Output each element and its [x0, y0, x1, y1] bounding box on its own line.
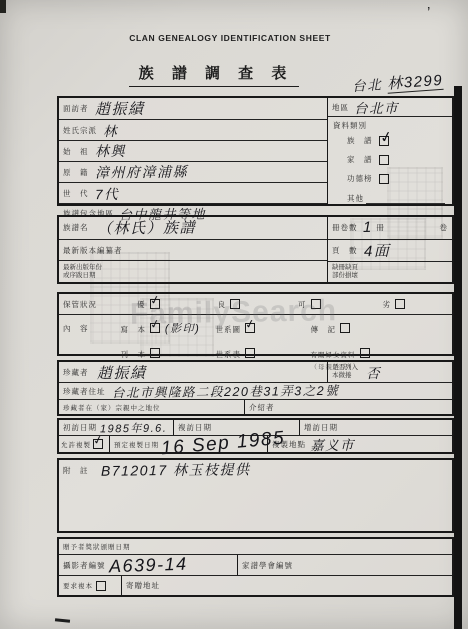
cell-copy-date: 預定複製日期 16 Sep 1985 [109, 436, 267, 452]
option-label: 家 譜 [347, 154, 373, 165]
microfilm-label: 是否列入 本微捲 [332, 364, 358, 380]
catalog-prefix: 台北 [352, 77, 383, 94]
checkbox-jiapu [379, 155, 389, 165]
row-origin: 原 籍 漳州府漳浦縣 [59, 162, 327, 183]
checkbox-zupu [379, 136, 389, 146]
category-option-zupu: 族 譜 [333, 131, 447, 146]
scan-bottom-artifact [55, 618, 70, 623]
option-label: 其他 [347, 193, 364, 204]
holder-address-value: 台北市興隆路二段220巷31弄3之2號 [111, 381, 338, 401]
pen-mark: ’ [427, 4, 430, 21]
first-ancestor-value: 林興 [94, 141, 125, 161]
cell-mail-address: 寄贈地址 [121, 576, 452, 595]
copy-request-label: 要求複本 [63, 581, 93, 590]
category-option-gongdebang: 功德榜 [333, 165, 447, 184]
region-label: 地區 [332, 102, 349, 113]
row-copy-permission: 允許複製 預定複製日期 16 Sep 1985 複製地點 嘉义市 [59, 436, 452, 452]
bottom-table: 贈予者獎狀頒贈日期 攝影者編號 A639-14 家譜學會編號 要求複本 寄贈地址 [57, 537, 454, 597]
publish-year-label: 最新出版年份 或序跋日期 [63, 264, 102, 280]
checkbox-gongdebang [379, 174, 389, 184]
volumes-unit2: 卷 [440, 222, 449, 233]
sheet-title-en: CLAN GENEALOGY IDENTIFICATION SHEET [0, 33, 460, 43]
cell-copy-place: 複製地點 嘉义市 [267, 436, 452, 452]
volumes-unit1: 冊 [376, 222, 385, 233]
first-visit-value: 1985年9.6. [100, 419, 167, 436]
row-award-date: 贈予者獎狀頒贈日期 [59, 539, 452, 555]
pages-value: 4面 [363, 239, 390, 260]
copy-place-value: 嘉义市 [310, 434, 355, 454]
category-option-jiapu: 家 譜 [333, 146, 447, 165]
holder-address-label: 珍藏者住址 [63, 386, 106, 397]
introducer-label: 介紹者 [249, 402, 275, 413]
checkbox-women-records [360, 348, 370, 358]
familysearch-watermark: FamilySearch [130, 294, 338, 332]
sheet-title-zh: 族 譜 調 查 表 [129, 62, 300, 87]
third-visit-label: 增訪日期 [304, 422, 338, 433]
row-region: 地區 台北市 [328, 98, 452, 117]
row-holder: 珍藏者 趙振績 是否列入 本微捲 否 [59, 362, 452, 383]
cell-third-visit: 增訪日期 [299, 420, 452, 435]
cell-society-number: 家譜學會編號 [237, 555, 452, 575]
category-box: 資料類別 族 譜 家 譜 功德榜 其他 [328, 117, 452, 207]
notes-value: B712017 林玉枝提供 [100, 459, 250, 481]
other-blank-line [366, 194, 445, 204]
row-interviewer: 面訪者 趙振績 [59, 98, 327, 120]
option-label: 族 譜 [347, 135, 373, 146]
second-visit-label: 複訪日期 [178, 422, 212, 433]
basic-info-table: 面訪者 趙振績 姓氏宗派 林 始 祖 林興 原 籍 漳州府漳浦縣 世 代 7代 … [57, 96, 454, 206]
surname-label: 姓氏宗派 [63, 125, 97, 136]
row-surname: 姓氏宗派 林 [59, 120, 327, 141]
row-pages: 頁 數 4面 [328, 240, 452, 262]
notes-label: 附 註 [63, 465, 89, 476]
editor-label: 最新版本編纂者 [63, 245, 123, 256]
book-title-label: 族譜名 [63, 222, 89, 233]
row-copy-request: 要求複本 寄贈地址 [59, 576, 452, 595]
content-label: 內 容 [63, 323, 89, 334]
mail-address-label: 寄贈地址 [126, 580, 160, 591]
row-holder-address: 珍藏者住址 台北市興隆路二段220巷31弄3之2號 [59, 383, 452, 400]
row-photo-number: 攝影者編號 A639-14 家譜學會編號 [59, 555, 452, 576]
surname-value: 林 [103, 120, 118, 140]
first-visit-label: 初訪日期 [63, 422, 97, 433]
cell-microfilm: 是否列入 本微捲 否 [327, 362, 452, 382]
origin-label: 原 籍 [63, 167, 89, 178]
permission-label: 允許複製 [61, 440, 91, 449]
option-label: 功德榜 [347, 173, 373, 184]
cell-photo-number: 攝影者編號 A639-14 [59, 555, 237, 575]
checkbox-poor [395, 299, 405, 309]
row-editor: 最新版本編纂者 [59, 240, 327, 262]
award-date-label: 贈予者獎狀頒贈日期 [63, 542, 131, 551]
interviewer-label: 面訪者 [63, 103, 89, 114]
row-generations: 世 代 7代 [59, 183, 327, 204]
visits-table: 初訪日期 1985年9.6. 複訪日期 增訪日期 允許複製 預定複製日期 16 … [57, 418, 454, 454]
notes-box: 附 註 B712017 林玉枝提供 [57, 458, 454, 533]
cell-introducer: 介紹者 [244, 400, 452, 414]
catalog-no: 林3299 [387, 72, 444, 94]
origin-value: 漳州府漳浦縣 [94, 162, 187, 183]
holder-position-label: 珍藏者在（家）宗親中之地位 [63, 403, 161, 412]
checkbox-copy-request [96, 581, 106, 591]
interviewer-value: 趙振績 [94, 98, 144, 120]
holder-value: 趙振績 [96, 361, 146, 383]
scan-corner-artifact [0, 0, 6, 13]
book-info-table: 族譜名 （林氏）族譜 最新版本編纂者 最新出版年份 或序跋日期 冊卷數 1 冊 [57, 215, 454, 284]
photo-number-value: A639-14 [108, 553, 187, 577]
checkbox-printed [150, 348, 160, 358]
volumes-value: 1 [362, 219, 372, 236]
holder-table: 珍藏者 趙振績 是否列入 本微捲 否 珍藏者住址 台北市興隆路二段220巷31弄… [57, 360, 454, 416]
checkbox-permission [93, 439, 103, 449]
row-notes: 附 註 B712017 林玉枝提供 [59, 460, 452, 480]
volumes-label: 冊卷數 [332, 222, 358, 233]
row-missing: 缺冊缺頁 部份損壞 [328, 262, 452, 282]
scanned-genealogy-form: ’ FamilySearch CLAN GENEALOGY IDENTIFICA… [0, 0, 468, 629]
condition-label: 保管狀況 [63, 299, 97, 310]
holder-label: 珍藏者 [63, 367, 89, 378]
copy-date-label: 預定複製日期 [114, 440, 159, 449]
region-value: 台北市 [354, 97, 399, 117]
cond-opt-label: 劣 [383, 299, 392, 310]
cell-permission: 允許複製 [59, 436, 109, 452]
first-ancestor-label: 始 祖 [63, 146, 89, 157]
row-first-ancestor: 始 祖 林興 [59, 141, 327, 162]
checkbox-biography [340, 323, 350, 333]
missing-label: 缺冊缺頁 部份損壞 [332, 264, 358, 280]
cell-copy-request: 要求複本 [59, 576, 121, 595]
microfilm-value: 否 [366, 362, 381, 382]
society-number-label: 家譜學會編號 [242, 560, 293, 571]
checkbox-lineage-table [245, 348, 255, 358]
row-publish-year: 最新出版年份 或序跋日期 [59, 261, 327, 282]
generations-label: 世 代 [63, 188, 89, 199]
row-volumes: 冊卷數 1 冊 卷 [328, 217, 452, 240]
generations-value: 7代 [94, 183, 118, 203]
row-holder-position: 珍藏者在（家）宗親中之地位 介紹者 [59, 400, 452, 414]
photo-number-label: 攝影者編號 [63, 560, 106, 571]
row-book-title: 族譜名 （林氏）族譜 [59, 217, 327, 240]
category-option-other: 其他 [333, 184, 447, 204]
book-title-value: （林氏）族譜 [96, 217, 195, 239]
pages-label: 頁 數 [332, 245, 358, 256]
cell-first-visit: 初訪日期 1985年9.6. [59, 420, 173, 435]
